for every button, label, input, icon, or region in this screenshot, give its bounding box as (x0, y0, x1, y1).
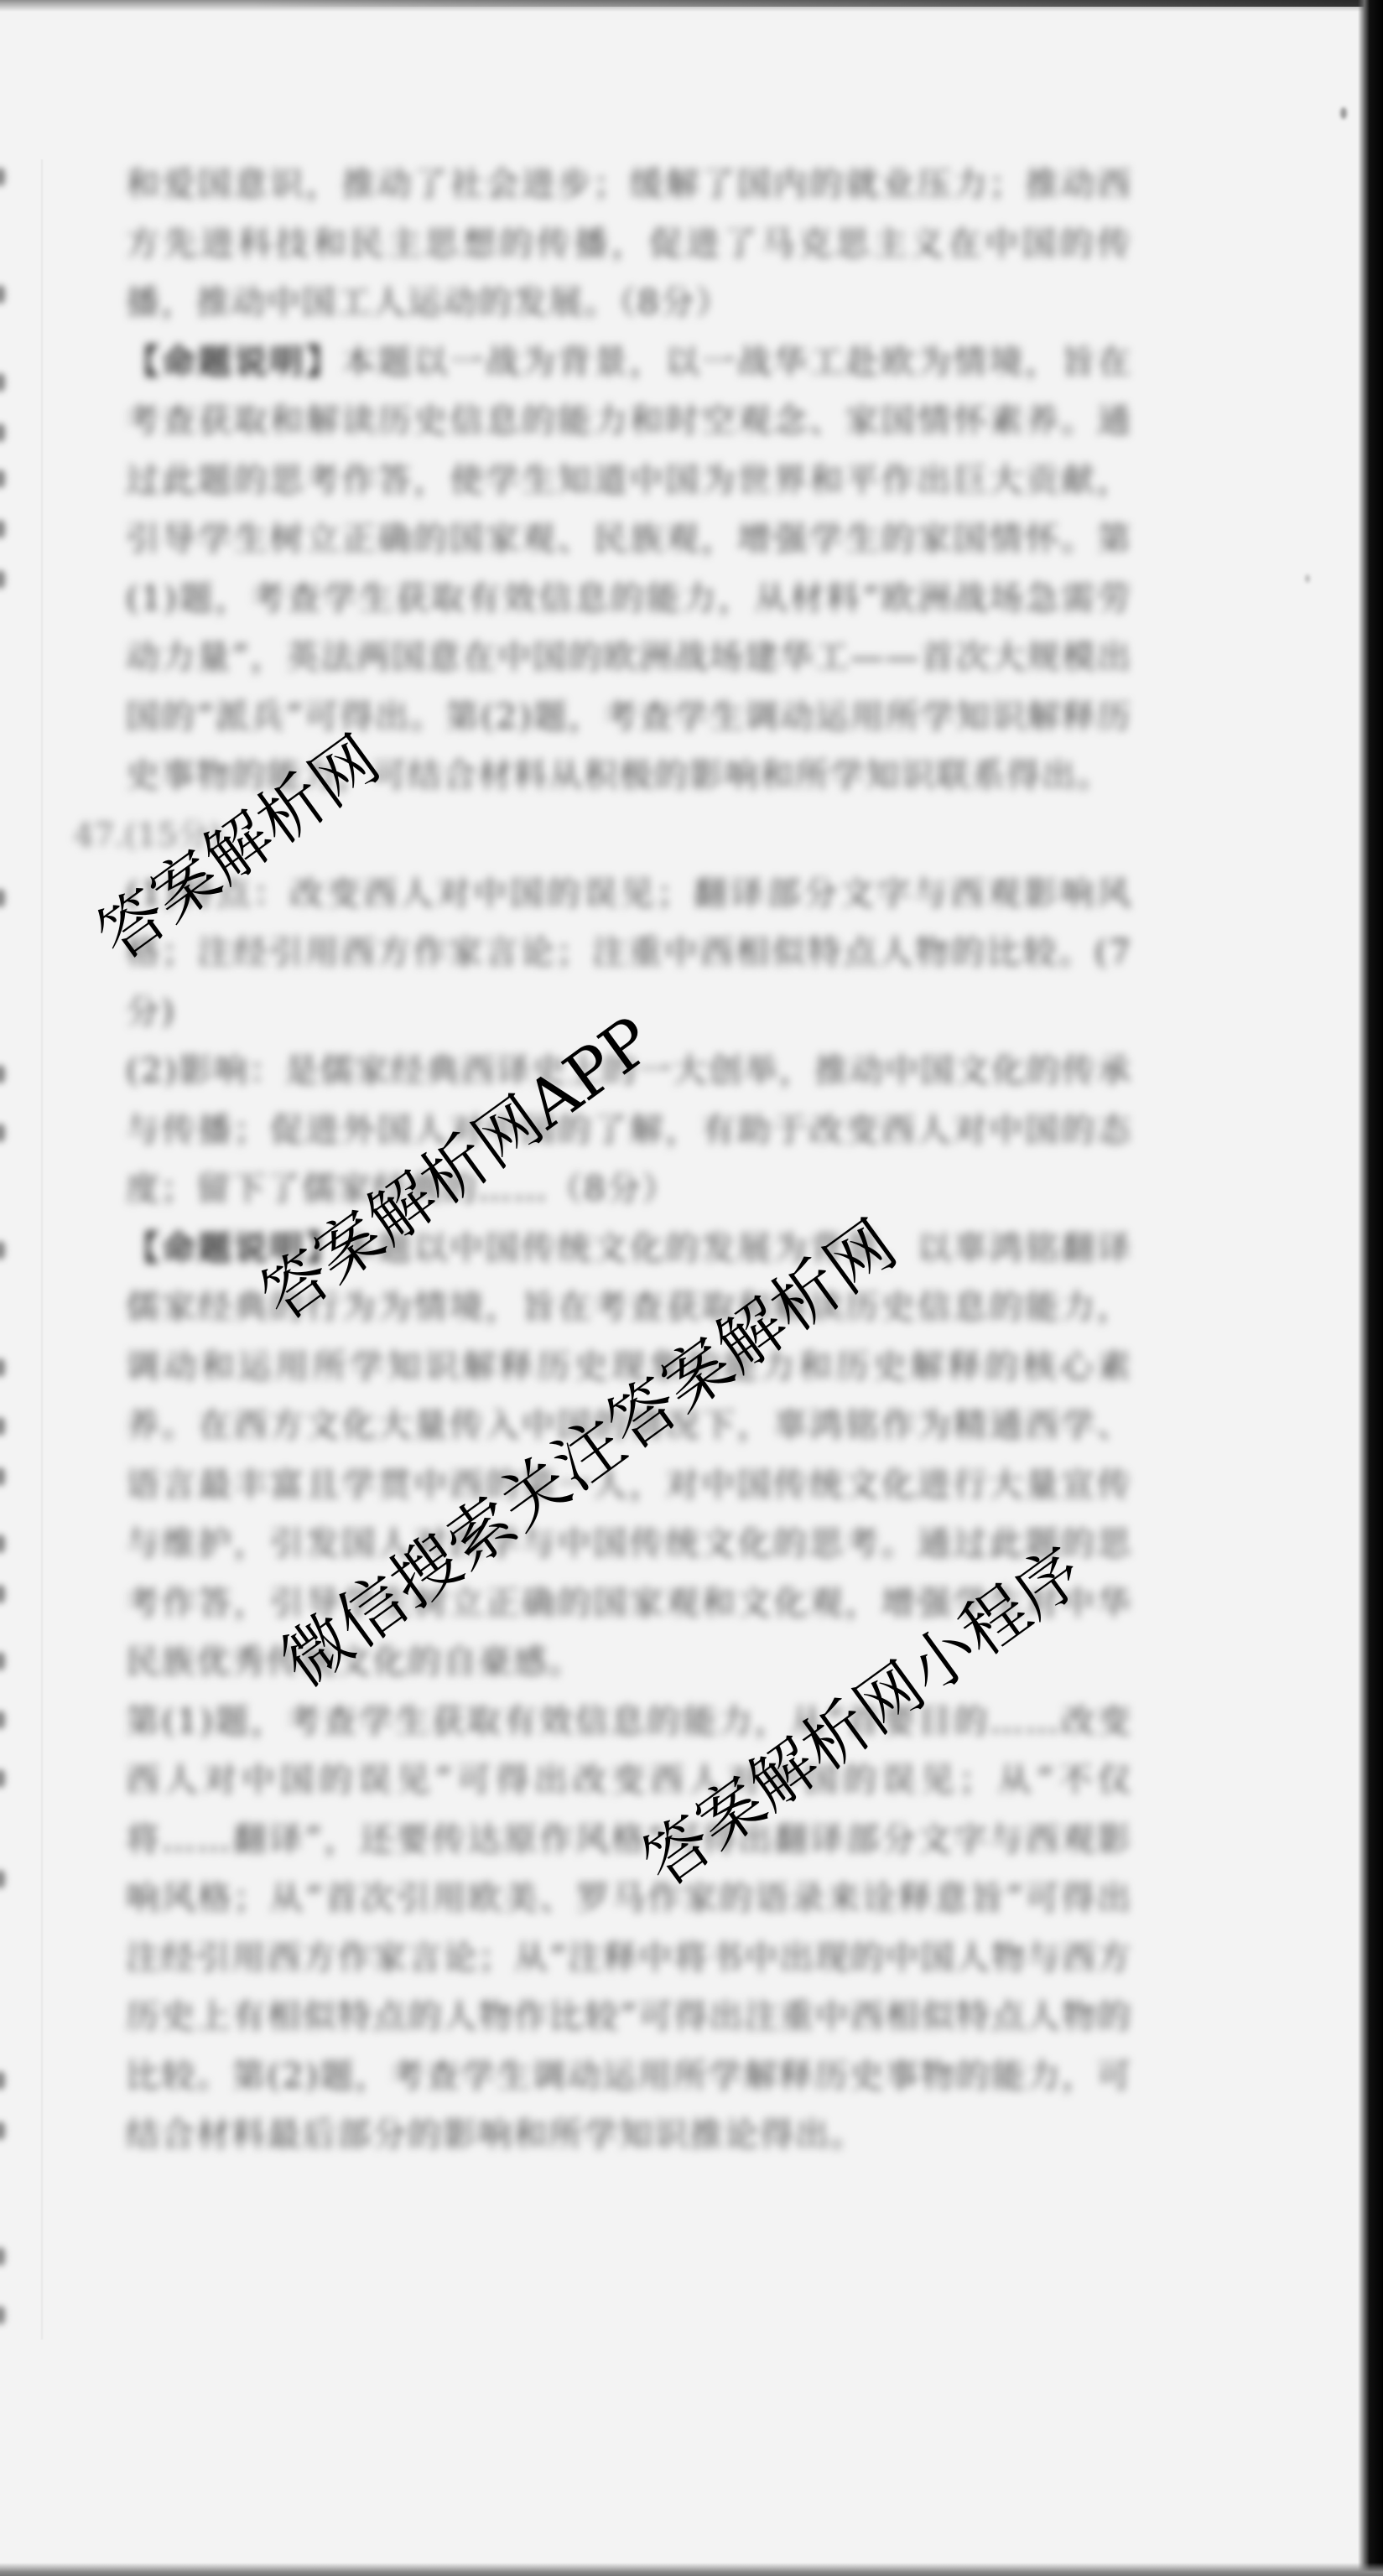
adjacent-column-text-fragments (0, 159, 8, 2340)
page-top-edge (252, 0, 1383, 7)
scan-speck (1340, 107, 1347, 119)
explanation-text: 本题以一战为背景，以一战华工赴欧为情境，旨在考查获取和解读历史信息的能力和时空观… (126, 343, 1132, 796)
blurred-answer-text: 和爱国意识，推动了社会进步；缓解了国内的就业压力；推动西方先进科技和民主思想的传… (126, 155, 1132, 2165)
paragraph-continuation: 和爱国意识，推动了社会进步；缓解了国内的就业压力；推动西方先进科技和民主思想的传… (126, 155, 1132, 333)
paragraph-explanation-detail: 第(1)题，考查学生获取有效信息的能力，从“首要目的……改变西人对中国的误见”可… (126, 1692, 1132, 2165)
margin-column-rule (40, 159, 44, 2340)
page-bottom-edge (0, 2563, 1383, 2576)
page-right-edge-shadow (1358, 0, 1383, 2576)
scan-speck (1305, 574, 1310, 583)
explanation-tag: 【命题说明】 (126, 342, 341, 382)
paragraph-explanation-46: 【命题说明】本题以一战为背景，以一战华工赴欧为情境，旨在考查获取和解读历史信息的… (126, 333, 1132, 806)
